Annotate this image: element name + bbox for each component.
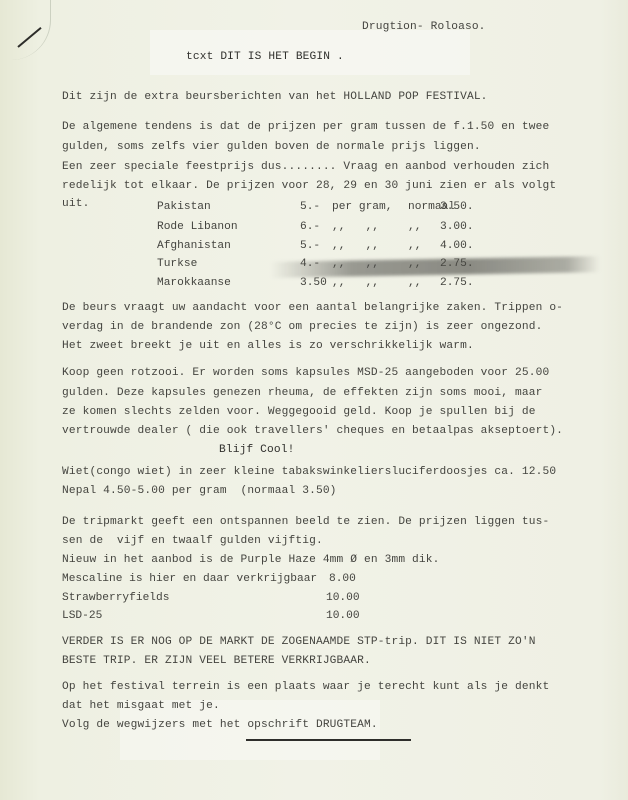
cell-name: Afghanistan [157,240,231,252]
text-line: De algemene tendens is dat de prijzen pe… [62,121,549,133]
cell-name: Strawberryfields [62,592,169,604]
signoff: Blijf Cool! [219,444,295,456]
cell-name: LSD-25 [62,610,102,622]
cell-price: 6.- [300,221,320,233]
text-line: Een zeer speciale feestprijs dus........… [62,161,549,173]
text-line: vertrouwde dealer ( die ook travellers' … [62,425,563,437]
cell-unit: ,, ,, [332,240,379,252]
cell-label: ,, [408,240,421,252]
cell-label: ,, [408,221,421,233]
text-line: verdag in de brandende zon (28°C om prec… [62,321,542,333]
text-line: De beurs vraagt uw aandacht voor een aan… [62,302,563,314]
text-line: sen de vijf en twaalf gulden vijftig. [62,535,323,547]
text-line: Wiet(congo wiet) in zeer kleine tabakswi… [62,466,556,478]
text-line: uit. [62,198,89,210]
cell-normal: 2.75. [440,277,474,289]
text-line: Op het festival terrein is een plaats wa… [62,681,549,693]
cell-name: Marokkaanse [157,277,231,289]
cell-price: 5.- [300,201,320,213]
cell-name: Rode Libanon [157,221,238,233]
text-line: Koop geen rotzooi. Er worden soms kapsul… [62,367,549,379]
cell-price: 3.50 [300,277,327,289]
start-line: tcxt DIT IS HET BEGIN . [186,51,344,63]
text-line: ze komen slechts zelden voor. Weggegooid… [62,406,536,418]
text-line: BESTE TRIP. ER ZIJN VEEL BETERE VERKRIJG… [62,655,371,667]
text-line: gulden, soms zelfs vier gulden boven de … [62,141,481,153]
text-line: De tripmarkt geeft een ontspannen beeld … [62,516,549,528]
cell-unit: ,, ,, [332,277,379,289]
cell-unit: per gram, [332,201,392,213]
text-line: Nieuw in het aanbod is de Purple Haze 4m… [62,554,440,566]
cell-normal: 3.50. [440,201,474,213]
cell-name: Mescaline is hier en daar verkrijgbaar [62,573,317,585]
cell-name: Turkse [157,258,197,270]
cell-name: Pakistan [157,201,211,213]
paper-fold-mark [0,0,51,60]
cell-price: 5.- [300,240,320,252]
cell-price: 10.00 [326,610,360,622]
typewritten-page: Drugtion- Roloaso. tcxt DIT IS HET BEGIN… [0,0,628,800]
text-line: redelijk tot elkaar. De prijzen voor 28,… [62,180,556,192]
text-line: Volg de wegwijzers met het opschrift DRU… [62,719,378,731]
cell-price: 10.00 [326,592,360,604]
text-line: Het zweet breekt je uit en alles is zo v… [62,340,474,352]
release-header: Drugtion- Roloaso. [362,21,486,33]
cell-label: ,, [408,277,421,289]
text-line: VERDER IS ER NOG OP DE MARKT DE ZOGENAAM… [62,636,536,648]
text-line: gulden. Deze kapsules genezen rheuma, de… [62,387,542,399]
cell-price: 8.00 [329,573,356,585]
text-line: dat het misgaat met je. [62,700,220,712]
intro-line: Dit zijn de extra beursberichten van het… [62,91,488,103]
cell-unit: ,, ,, [332,221,379,233]
text-line: Nepal 4.50-5.00 per gram (normaal 3.50) [62,485,337,497]
cell-normal: 4.00. [440,240,474,252]
cell-normal: 3.00. [440,221,474,233]
closing-rule [246,739,411,741]
